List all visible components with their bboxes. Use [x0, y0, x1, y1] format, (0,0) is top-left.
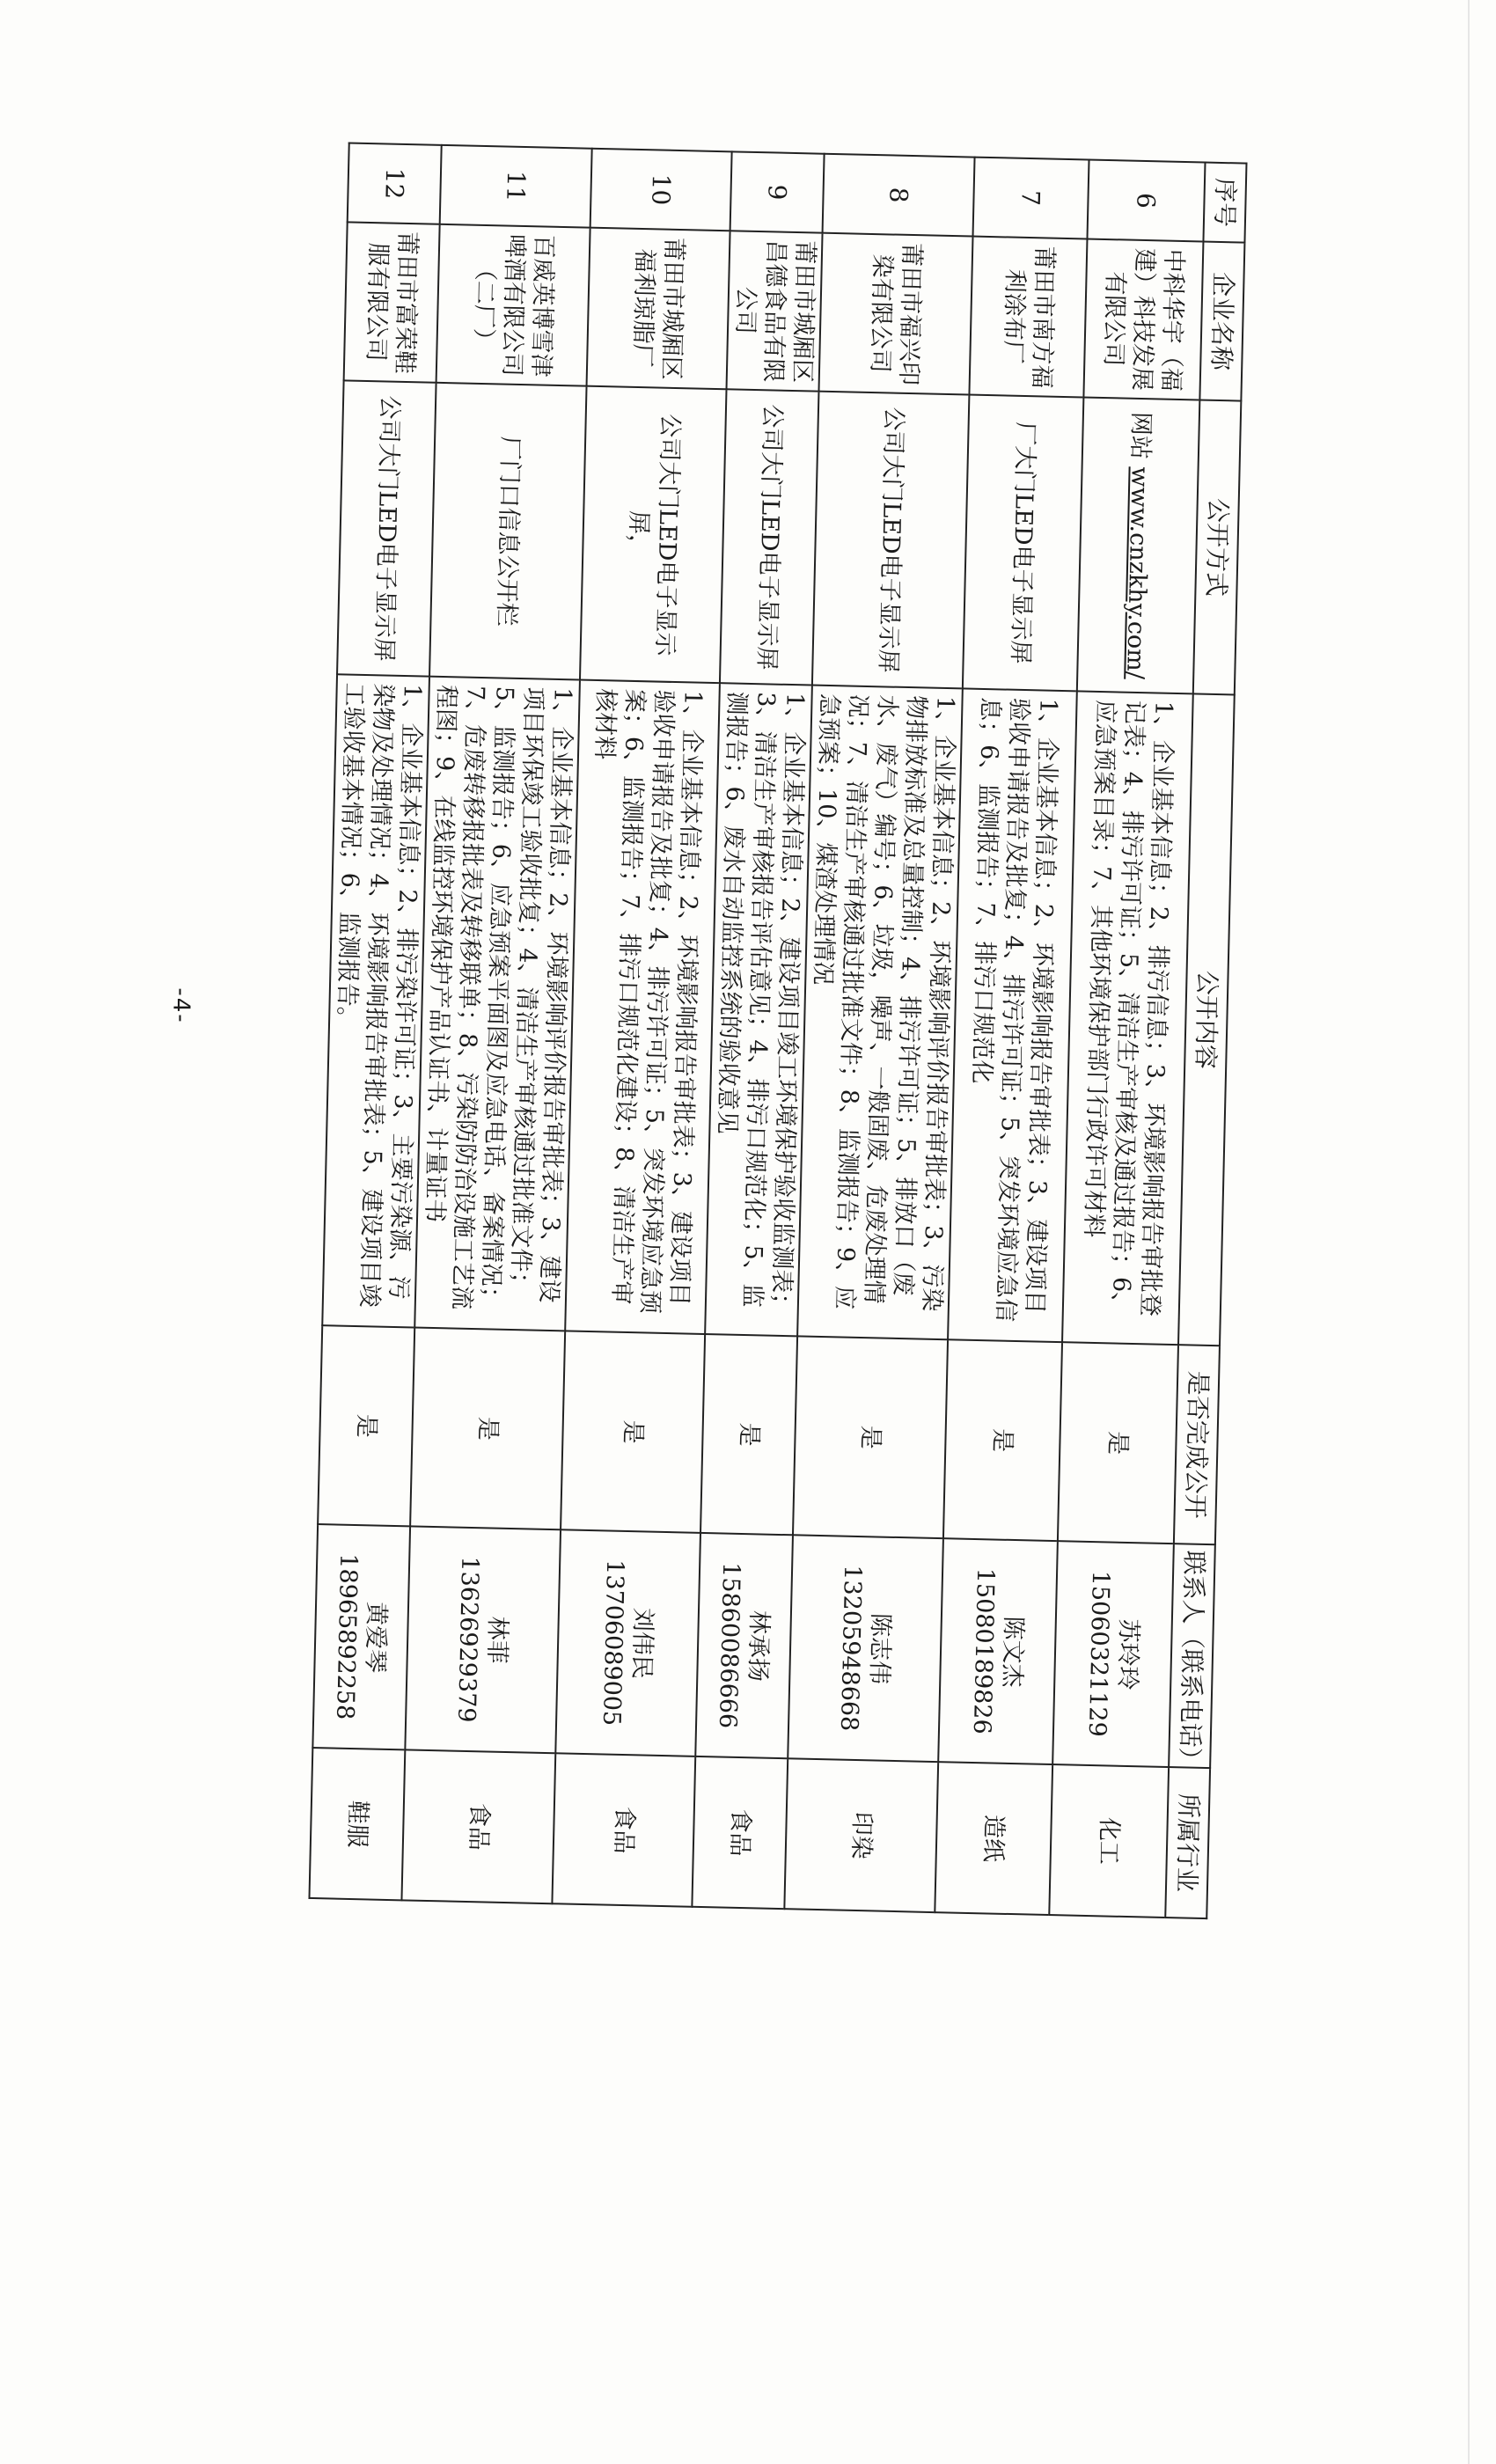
header-seq: 序号: [1203, 163, 1246, 243]
row-industry: 化工: [1049, 1764, 1169, 1918]
contact-name: 陈志伟: [863, 1543, 897, 1755]
row-content: 1、企业基本信息；2、环境影响报告审批表；3、建设项目验收申请报告及批复；4、排…: [948, 688, 1077, 1342]
contact-name: 刘伟民: [626, 1537, 659, 1749]
row-industry: 印染: [784, 1758, 938, 1912]
row-company: 莆田市富荣鞋服有限公司: [344, 222, 440, 382]
contact-name: 黄爱琴: [359, 1531, 392, 1743]
row-industry: 食品: [692, 1756, 788, 1909]
row-method: 公司大门LED电子显示屏: [720, 389, 819, 685]
row-company: 百威英博雪津啤酒有限公司（二厂）: [436, 224, 590, 386]
contact-name: 陈文杰: [995, 1546, 1029, 1758]
row-company: 中科华宇（福建）科技发展有限公司: [1083, 239, 1203, 400]
row-seq: 7: [973, 158, 1089, 239]
row-seq: 9: [730, 151, 825, 232]
row-content: 1、企业基本信息；2、建设项目竣工环境保护验收监测表；3、清洁生产审核报告评估意…: [705, 683, 812, 1336]
header-industry: 所属行业: [1165, 1767, 1210, 1918]
row-method: 公司大门LED电子显示屏: [337, 380, 436, 676]
contact-phone: 13706089005: [597, 1536, 630, 1749]
row-content: 1、企业基本信息；2、环境影响报告审批表；3、建设项目验收申请报告及批复；4、排…: [565, 680, 720, 1334]
contact-phone: 18965892258: [330, 1531, 363, 1743]
row-content: 1、企业基本信息；2、排污信息；3、环境影响报告审批登记表；4、排污许可证；5、…: [1062, 691, 1193, 1345]
disclosure-table: 序号 企业名称 公开方式 公开内容 是否完成公开 联系人（联系电话） 所属行业 …: [308, 142, 1247, 1919]
row-contact: 苏玲玲 15060321129: [1052, 1541, 1174, 1767]
row-company: 莆田市福兴印染有限公司: [818, 233, 972, 395]
row-content: 1、企业基本信息；2、环境影响评价报告审批表；3、建设项目环保竣工验收批复；4、…: [414, 677, 580, 1331]
header-method: 公开方式: [1193, 400, 1242, 694]
contact-phone: 13626929379: [451, 1534, 485, 1746]
row-contact: 林菲 13626929379: [405, 1526, 561, 1753]
row-completed: 是: [410, 1328, 565, 1530]
row-seq: 12: [348, 143, 442, 224]
row-company: 莆田市南方福利涂布厂: [969, 237, 1087, 398]
row-contact: 陈志伟 13205948668: [788, 1535, 943, 1762]
row-completed: 是: [1058, 1342, 1178, 1544]
row-industry: 食品: [552, 1753, 695, 1907]
company-website-link[interactable]: www.cnzkhy.com/: [1122, 466, 1154, 679]
row-completed: 是: [700, 1334, 797, 1535]
contact-phone: 13205948668: [834, 1543, 868, 1755]
header-contact: 联系人（联系电话）: [1169, 1544, 1215, 1768]
row-contact: 林承扬 15860086666: [695, 1533, 793, 1758]
row-seq: 10: [590, 149, 732, 231]
row-completed: 是: [943, 1339, 1062, 1541]
row-contact: 黄爱琴 18965892258: [312, 1524, 410, 1749]
row-content: 1、企业基本信息；2、排污染许可证；3、主要污染源、污染物及处理情况；4、环境影…: [322, 674, 429, 1327]
row-industry: 造纸: [935, 1762, 1052, 1915]
contact-name: 林菲: [480, 1534, 514, 1746]
row-completed: 是: [793, 1336, 948, 1538]
row-method: 网站 www.cnzkhy.com/: [1077, 397, 1200, 693]
row-seq: 8: [823, 154, 975, 237]
contact-name: 苏玲玲: [1111, 1549, 1144, 1761]
row-method: 公司大门LED电子显示屏: [812, 392, 970, 689]
contact-phone: 15060321129: [1082, 1548, 1115, 1760]
row-contact: 陈文杰 15080189826: [938, 1538, 1058, 1764]
contact-phone: 15080189826: [966, 1545, 1000, 1757]
row-company: 莆田市城厢区福利琼脂厂: [587, 228, 730, 390]
contact-name: 林承扬: [742, 1540, 775, 1752]
row-seq: 11: [440, 145, 592, 228]
scan-edge: [1468, 0, 1470, 2464]
row-completed: 是: [318, 1325, 414, 1526]
row-completed: 是: [561, 1331, 705, 1533]
row-contact: 刘伟民 13706089005: [555, 1529, 700, 1756]
row-content: 1、企业基本信息；2、环境影响评价报告审批表；3、污染物排放标准及总量控制；4、…: [797, 686, 963, 1340]
row-seq: 6: [1087, 160, 1205, 242]
row-industry: 鞋服: [309, 1748, 405, 1900]
disclosure-table-container: 序号 企业名称 公开方式 公开内容 是否完成公开 联系人（联系电话） 所属行业 …: [325, 143, 1247, 1918]
header-company: 企业名称: [1199, 242, 1244, 401]
row-industry: 食品: [401, 1749, 555, 1903]
header-completed: 是否完成公开: [1174, 1345, 1220, 1544]
contact-phone: 15860086666: [713, 1539, 746, 1751]
row-method: 厂大门LED电子显示屏: [963, 395, 1084, 692]
row-method: 厂门口信息公开栏: [429, 383, 587, 680]
row-method: 公司大门LED电子显示屏，: [580, 386, 727, 684]
page-number: -4-: [168, 987, 194, 1023]
row-company: 莆田市城厢区昌德食品有限公司: [727, 231, 823, 391]
method-prefix: 网站: [1126, 412, 1155, 467]
